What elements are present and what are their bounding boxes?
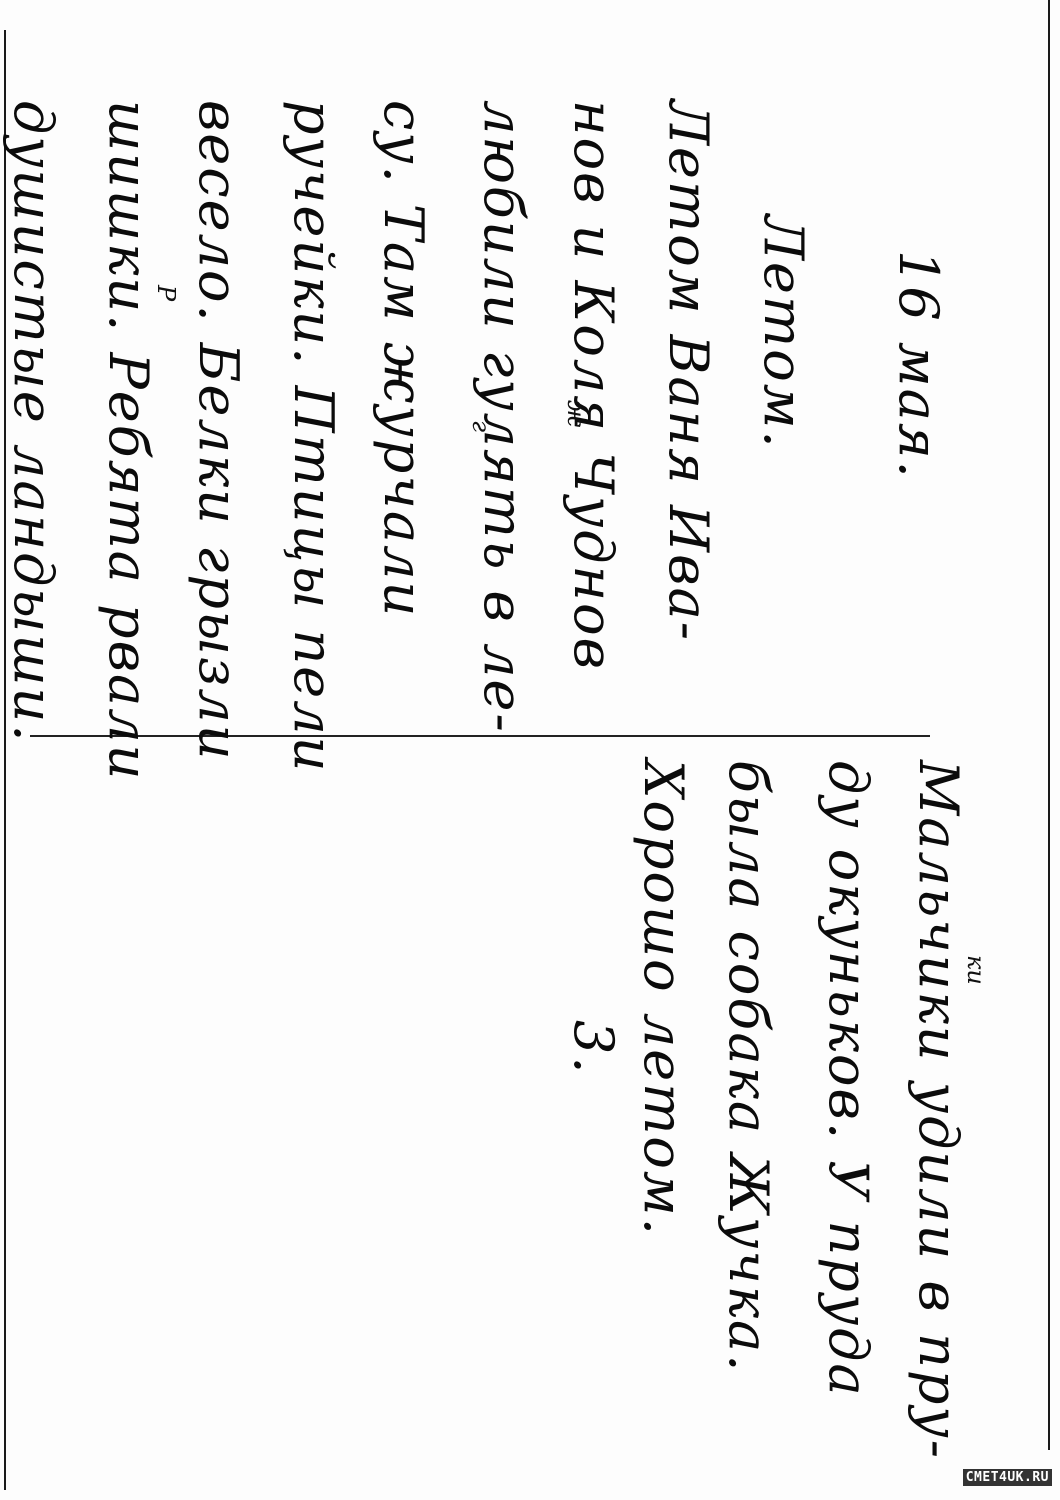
text-line: весело. Белки грызли: [191, 100, 245, 761]
page-fold-line: [30, 735, 930, 737]
text-line: Хорошо летом.: [636, 760, 690, 1237]
site-watermark: СМЕТ4UK.RU: [963, 1469, 1052, 1486]
title: Летом.: [756, 215, 810, 450]
text-line: Мальчики удили в пру-: [911, 760, 965, 1460]
notebook-page: 16 мая. Летом. Летом Ваня Ива- нов и Кол…: [0, 0, 1060, 1500]
text-line: ду окуньков. У пруда: [821, 760, 875, 1398]
correction-mark: Р: [152, 285, 180, 301]
text-line: любили гулять в ле-: [476, 100, 530, 734]
text-line: душистые ландыши.: [6, 100, 60, 743]
date-heading: 16 мая.: [891, 250, 945, 480]
text-line: шишки. Ребята рвали: [101, 100, 155, 781]
correction-mark: ж: [562, 400, 590, 427]
correction-mark: ки: [962, 955, 990, 985]
correction-mark: г: [467, 420, 495, 432]
bottom-margin-line: [1048, 0, 1050, 1450]
text-line: Летом Ваня Ива-: [661, 100, 715, 642]
text-line: ручейки. Птицы пели: [286, 100, 340, 773]
page-number: 3.: [566, 1020, 620, 1076]
text-line: нов и Коля Чуднов: [566, 100, 620, 671]
text-line: су. Там журчали: [376, 100, 430, 618]
text-line: была собака Жучка.: [721, 760, 775, 1373]
